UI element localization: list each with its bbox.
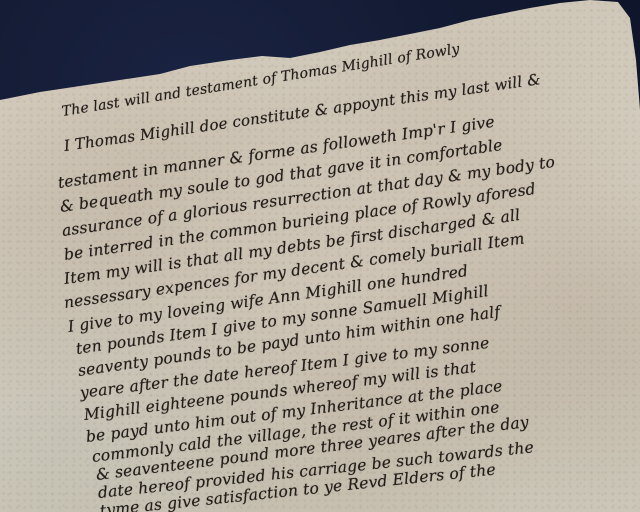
document-photo: The last will and testament of Thomas Mi…: [0, 0, 640, 512]
manuscript-text: The last will and testament of Thomas Mi…: [0, 0, 640, 512]
